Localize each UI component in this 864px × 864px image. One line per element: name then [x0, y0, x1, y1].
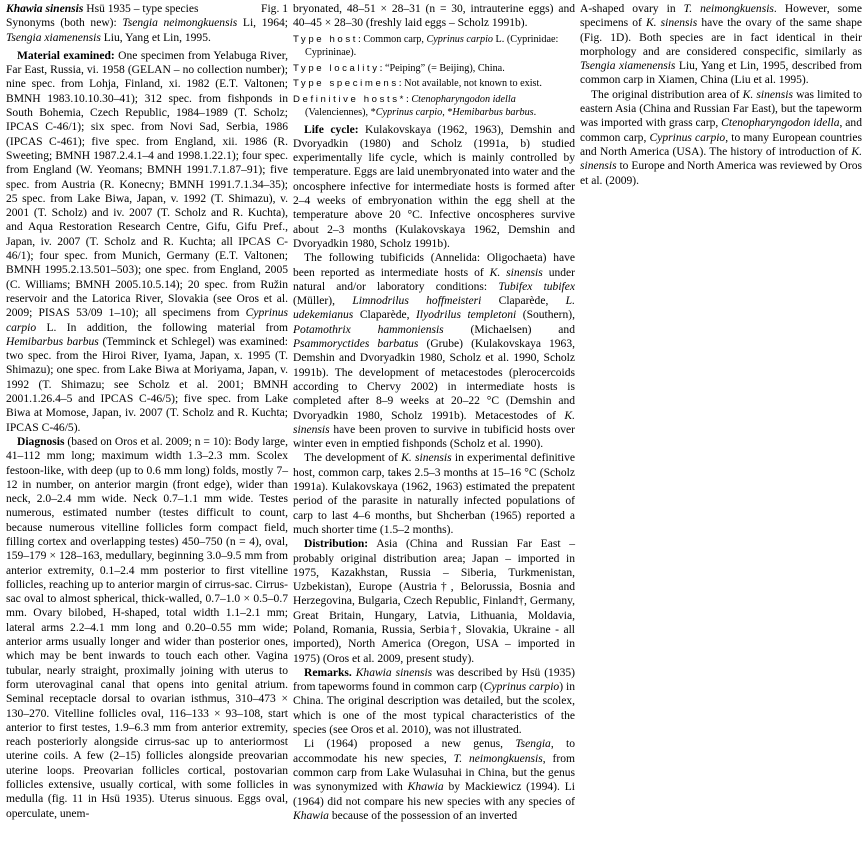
species-heading: Khawia sinensis Hsü 1935 – type species …: [6, 2, 288, 16]
species-title: Khawia sinensis Hsü 1935 – type species: [6, 2, 198, 16]
remarks-paragraph-3: The original distribution area of K. sin…: [580, 88, 862, 188]
material-heading: Material examined:: [17, 50, 115, 62]
remarks-paragraph-2-continued: A-shaped ovary in T. neimongkuensis. How…: [580, 2, 862, 88]
remarks-paragraph-1: Remarks. Khawia sinensis was described b…: [293, 666, 575, 737]
definitive-hosts: Definitive hosts*: Ctenopharyngodon idel…: [293, 93, 575, 119]
column-middle-content: bryonated, 48–51 × 28–31 (n = 30, intrau…: [293, 2, 575, 823]
type-locality: Type locality: “Peiping” (= Beijing), Ch…: [293, 62, 575, 75]
column-left: Khawia sinensis Hsü 1935 – type species …: [6, 2, 288, 821]
life-cycle-paragraph-1: Life cycle: Kulakovskaya (1962, 1963), D…: [293, 123, 575, 252]
distribution-heading: Distribution:: [304, 538, 368, 550]
life-cycle-paragraph-3: The development of K. sinensis in experi…: [293, 451, 575, 537]
diagnosis-paragraph: Diagnosis (based on Oros et al. 2009; n …: [6, 435, 288, 821]
remarks-heading: Remarks.: [304, 667, 352, 679]
life-cycle-paragraph-2: The following tubificids (Annelida: Olig…: [293, 251, 575, 451]
material-examined-paragraph: Material examined: One specimen from Yel…: [6, 49, 288, 435]
eggs-continuation: bryonated, 48–51 × 28–31 (n = 30, intrau…: [293, 2, 575, 31]
distribution-paragraph: Distribution: Asia (China and Russian Fa…: [293, 537, 575, 666]
figure-reference: Fig. 1: [261, 2, 288, 16]
column-right: A-shaped ovary in T. neimongkuensis. How…: [580, 2, 862, 188]
synonyms: Synonyms (both new): Tsengia neimongkuen…: [6, 16, 288, 45]
journal-page: Khawia sinensis Hsü 1935 – type species …: [0, 0, 864, 864]
diagnosis-heading: Diagnosis: [17, 436, 64, 448]
life-cycle-heading: Life cycle:: [304, 124, 359, 136]
type-specimens: Type specimens: Not available, not known…: [293, 77, 575, 90]
remarks-p2-col2-end: because of the possession of an inverted: [329, 810, 517, 822]
remarks-paragraph-2: Li (1964) proposed a new genus, Tsengia,…: [293, 737, 575, 823]
type-host: Type host: Common carp, Cyprinus carpio …: [293, 33, 575, 59]
type-info-block: Type host: Common carp, Cyprinus carpio …: [293, 33, 575, 119]
